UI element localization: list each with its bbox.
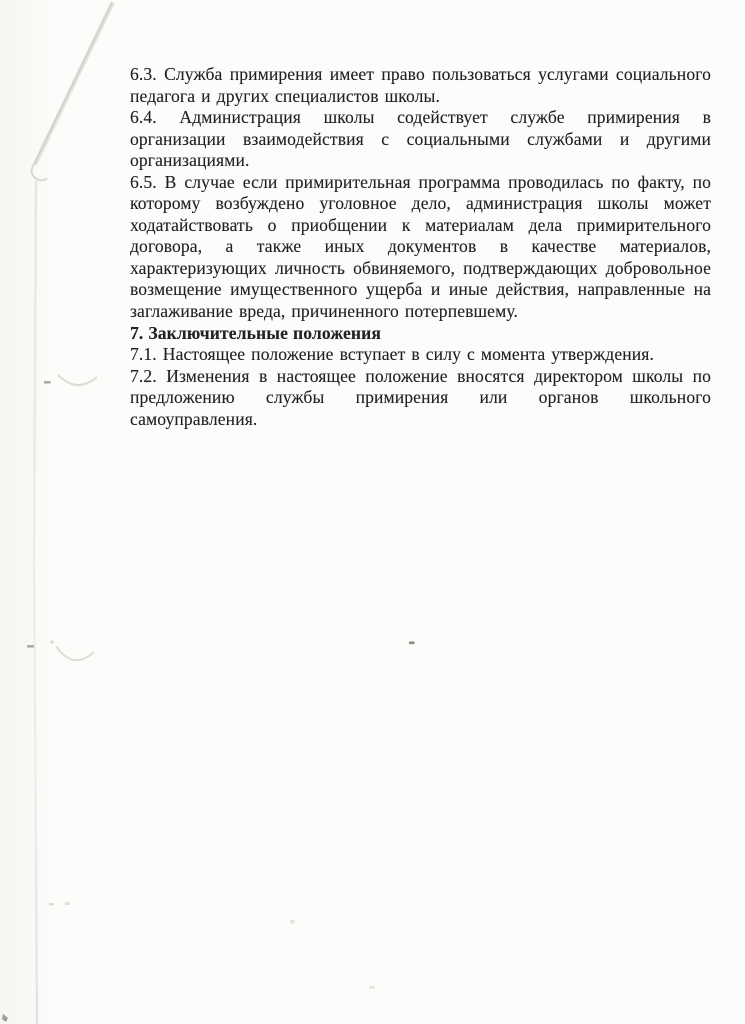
document-text: 6.3. Служба примирения имеет право польз… xyxy=(130,64,711,430)
smudge-arc-upper xyxy=(58,375,97,385)
paragraph-6-4: 6.4. Администрация школы содействует слу… xyxy=(130,107,711,172)
paragraph-7-2: 7.2. Изменения в настоящее положение вно… xyxy=(130,366,711,431)
paper-crease-diagonal-core xyxy=(34,3,112,165)
paper-crease-hook xyxy=(32,164,47,180)
scanned-document-page: 6.3. Служба примирения имеет право польз… xyxy=(0,0,745,1024)
paragraph-6-3: 6.3. Служба примирения имеет право польз… xyxy=(130,64,711,107)
section-heading-7: 7. Заключительные положения xyxy=(130,323,711,345)
smudge-speck xyxy=(50,640,53,643)
paragraph-6-5: 6.5. В случае если примирительная програ… xyxy=(130,172,711,323)
paper-crease-vertical xyxy=(34,180,37,1024)
stray-speck-3 xyxy=(290,920,295,924)
smudge-arc-lower xyxy=(56,646,94,660)
smudge-dash-upper xyxy=(44,381,51,384)
stray-speck-4 xyxy=(369,986,375,989)
stray-speck-1 xyxy=(49,903,54,905)
smudge-dash-lower xyxy=(27,645,34,648)
paper-crease-diagonal xyxy=(35,2,113,164)
stray-dash-center xyxy=(409,642,415,645)
corner-speck xyxy=(2,1014,8,1022)
paragraph-7-1: 7.1. Настоящее положение вступает в силу… xyxy=(130,344,711,366)
stray-speck-2 xyxy=(65,902,70,905)
